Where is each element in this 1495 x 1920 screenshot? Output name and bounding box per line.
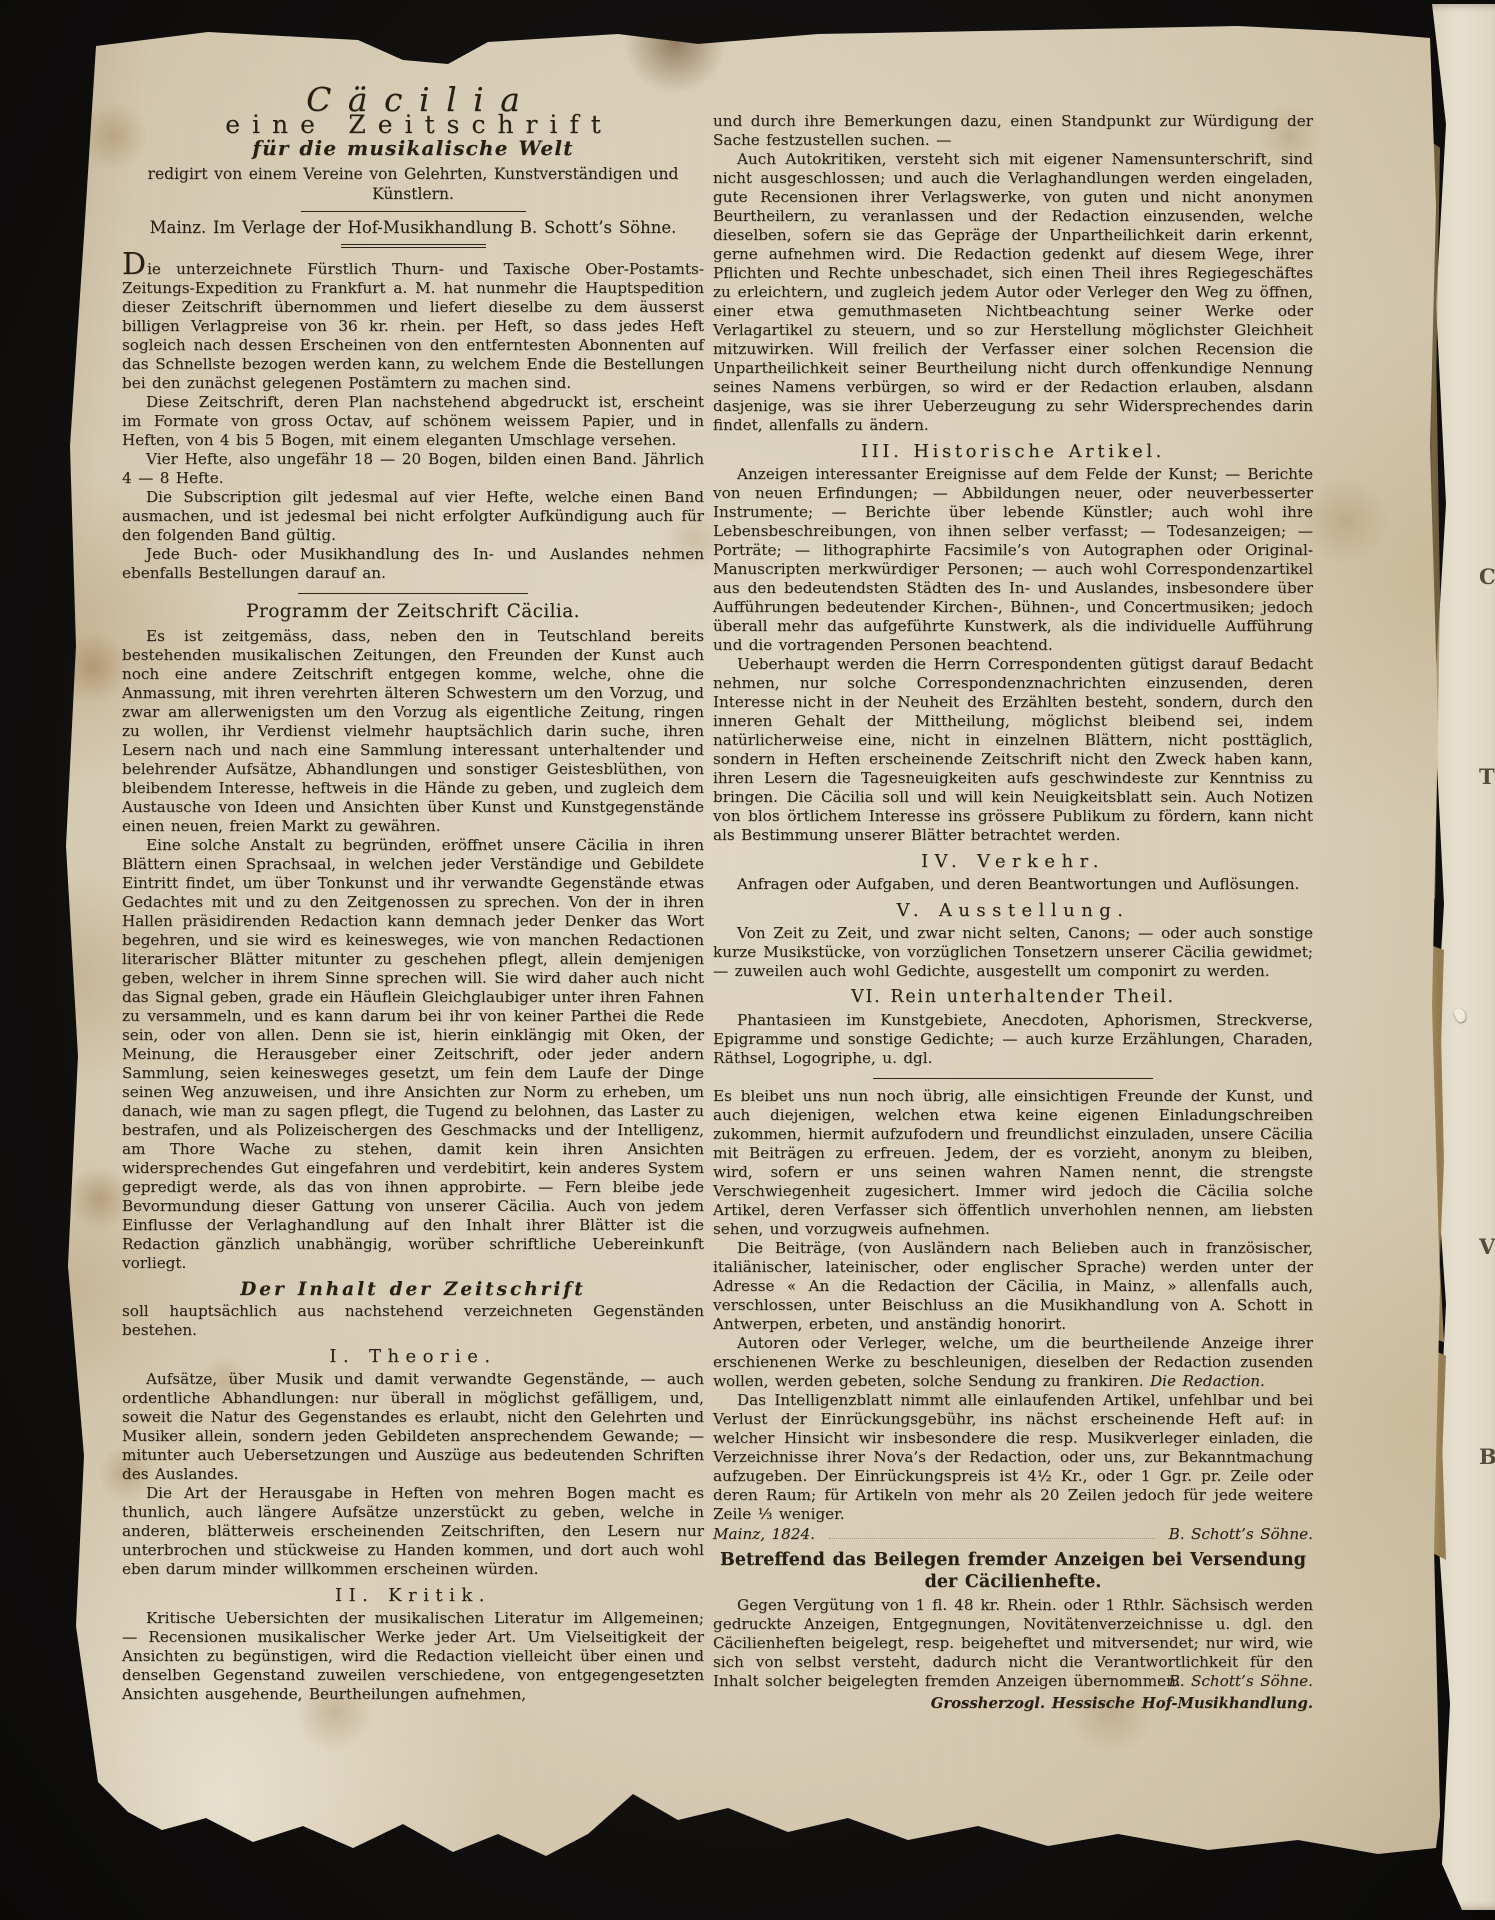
dateline-row: Mainz, 1824. B. Schott’s Söhne. <box>713 1525 1313 1544</box>
paragraph-einladung: Es bleibet uns nun noch übrig, alle eins… <box>713 1087 1313 1239</box>
section-heading-ausstellung: V. Ausstellung. <box>713 901 1313 920</box>
editors-line: redigirt von einem Vereine von Gelehrten… <box>143 164 683 204</box>
paragraph-autokritiken: Auch Autokritiken, versteht sich mit eig… <box>713 150 1313 435</box>
section-heading-historisch: III. Historische Artikel. <box>713 442 1313 461</box>
paragraph-historisch-1: Anzeigen interessanter Ereignisse auf de… <box>713 465 1313 655</box>
paragraph-inhalt-intro: soll hauptsächlich aus nachstehend verze… <box>122 1302 704 1340</box>
separator-rule <box>341 244 486 248</box>
paragraph-kritik-1: Kritische Uebersichten der musikalischen… <box>122 1609 704 1704</box>
paragraph-text: ie unterzeichnete Fürstlich Thurn- und T… <box>122 260 704 392</box>
paragraph-autoren: Autoren oder Verleger, welche, um die be… <box>713 1334 1313 1391</box>
imprint-line: Mainz. Im Verlage der Hof-Musikhandlung … <box>122 218 704 237</box>
journal-title: Cäcilia <box>122 90 704 109</box>
paragraph-unterhaltend: Phantasieen im Kunstgebiete, Anecdoten, … <box>713 1011 1313 1068</box>
heading-line: Betreffend das Beilegen fremder Anzeigen… <box>720 1550 1306 1570</box>
paragraph-historisch-2: Ueberhaupt werden die Herrn Corresponden… <box>713 655 1313 845</box>
journal-subtitle: eine Zeitschrift <box>122 115 704 134</box>
photo-background: C T Vi B Cäcilia eine Zeitschrift für di… <box>0 0 1495 1920</box>
paragraph-intro-5: Jede Buch- oder Musikhandlung des In- un… <box>122 545 704 583</box>
section-heading-programm: Programm der Zeitschrift Cäcilia. <box>122 602 704 621</box>
section-heading-theorie: I. Theorie. <box>122 1347 704 1366</box>
section-heading-inhalt: Der Inhalt der Zeitschrift <box>122 1280 704 1299</box>
paragraph-intro-4: Die Subscription gilt jedesmal auf vier … <box>122 488 704 545</box>
journal-tagline: für die musikalische Welt <box>122 139 704 158</box>
section-heading-verkehr: IV. Verkehr. <box>713 852 1313 871</box>
dateline: Mainz, 1824. <box>713 1525 815 1544</box>
left-column: Cäcilia eine Zeitschrift für die musikal… <box>122 90 704 1704</box>
heading-line: der Cäcilienhefte. <box>925 1572 1102 1592</box>
paragraph-verkehr: Anfragen oder Aufgaben, und deren Beantw… <box>713 875 1313 894</box>
paragraph-theorie-2: Die Art der Herausgabe in Heften von meh… <box>122 1484 704 1579</box>
separator-rule <box>298 593 528 594</box>
separator-rule <box>873 1078 1153 1079</box>
edge-letter-fragment: T <box>1479 764 1495 789</box>
paragraph-programm-2: Eine solche Anstalt zu begründen, eröffn… <box>122 836 704 1273</box>
edge-letter-fragment: Vi <box>1479 1234 1495 1259</box>
right-column: und durch ihre Bemerkungen dazu, einen S… <box>713 112 1313 1713</box>
signature-redaction: Die Redaction. <box>1150 1372 1265 1390</box>
section-heading-kritik: II. Kritik. <box>122 1586 704 1605</box>
initial-capital: D <box>122 247 147 282</box>
paragraph-intro-3: Vier Hefte, also ungefähr 18 — 20 Bogen,… <box>122 450 704 488</box>
paragraph-intelligenzblatt: Das Intelligenzblatt nimmt alle einlaufe… <box>713 1391 1313 1524</box>
journal-page: Cäcilia eine Zeitschrift für die musikal… <box>58 26 1442 1858</box>
paragraph-theorie-1: Aufsätze, über Musik und damit verwandte… <box>122 1370 704 1484</box>
paragraph-intro-2: Diese Zeitschrift, deren Plan nachstehen… <box>122 393 704 450</box>
publisher-signature: B. Schott’s Söhne. <box>1169 1525 1313 1544</box>
edge-letter-fragment: B <box>1479 1444 1495 1469</box>
edge-letter-fragment: C <box>1479 564 1495 589</box>
paragraph-ausstellung: Von Zeit zu Zeit, und zwar nicht selten,… <box>713 924 1313 981</box>
section-heading-beilegen: Betreffend das Beilegen fremder Anzeigen… <box>713 1549 1313 1593</box>
paragraph-kritik-continued: und durch ihre Bemerkungen dazu, einen S… <box>713 112 1313 150</box>
masthead: Cäcilia eine Zeitschrift für die musikal… <box>122 90 704 248</box>
closing-line: Grossherzogl. Hessische Hof-Musikhandlun… <box>713 1694 1313 1713</box>
paragraph-programm-1: Es ist zeitgemäss, dass, neben den in Te… <box>122 627 704 836</box>
paragraph-intro-1: Die unterzeichnete Fürstlich Thurn- und … <box>122 258 704 393</box>
faded-rule <box>829 1538 1155 1539</box>
section-heading-unterhaltend: VI. Rein unterhaltender Theil. <box>713 988 1313 1007</box>
separator-rule <box>301 211 526 212</box>
paragraph-beitraege: Die Beiträge, (von Ausländern nach Belie… <box>713 1239 1313 1334</box>
